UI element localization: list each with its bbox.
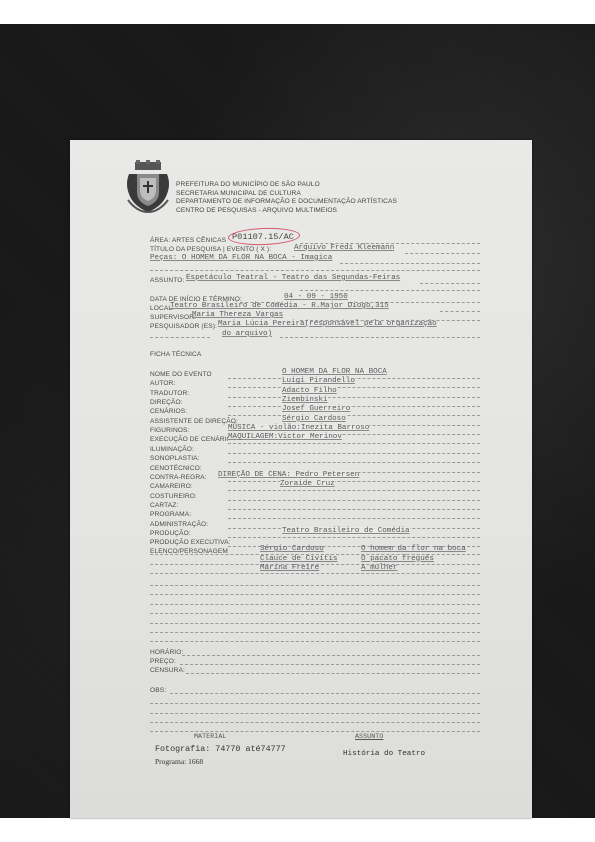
ficha-row-value: MÚSICA - violão:Inezita Barroso bbox=[228, 424, 369, 432]
ficha-row-value: Ziembinski bbox=[282, 396, 328, 404]
fill-line bbox=[150, 604, 480, 605]
fill-line bbox=[150, 337, 210, 338]
ficha-row-value: Adacto Filho bbox=[282, 387, 337, 395]
document-page bbox=[70, 140, 532, 818]
ficha-row-label: CONTRA-REGRA: bbox=[150, 474, 207, 481]
programa-number: Programa: 1668 bbox=[155, 757, 203, 766]
fill-line bbox=[228, 443, 480, 444]
fill-line bbox=[228, 509, 480, 510]
material-label: MATERIAL bbox=[194, 733, 226, 740]
pesquisador-label: PESQUISADOR (ES): bbox=[150, 323, 217, 330]
ficha-row-label: AUTOR: bbox=[150, 380, 175, 387]
ficha-row-label: FIGURINOS: bbox=[150, 427, 189, 434]
ficha-row-value: O HOMEM DA FLOR NA BOCA bbox=[282, 368, 387, 376]
fill-line bbox=[280, 337, 480, 338]
cast-actor: Marina Freire bbox=[260, 564, 319, 572]
fill-line bbox=[228, 481, 480, 482]
fill-line bbox=[340, 263, 480, 264]
horario-label: HORÁRIO: bbox=[150, 649, 183, 656]
fill-line bbox=[228, 415, 480, 416]
assunto-label: ASSUNTO: bbox=[150, 277, 184, 284]
data-value: 04 - 09 - 1950 bbox=[284, 293, 348, 301]
fill-line bbox=[228, 500, 480, 501]
cast-role: O homem da flor na boca bbox=[361, 545, 466, 553]
ficha-row-label: CAMAREIRO: bbox=[150, 483, 193, 490]
fill-line bbox=[228, 537, 480, 538]
header-line: CENTRO DE PESQUISAS - ARQUIVO MULTIMEIOS bbox=[176, 207, 397, 216]
obs-label: OBS: bbox=[150, 687, 166, 694]
cast-actor: Sérgio Cardoso bbox=[260, 545, 324, 553]
fill-line bbox=[440, 311, 480, 312]
ficha-row-value: Josef Guerreiro bbox=[282, 405, 350, 413]
ficha-row-label: ADMINISTRAÇÃO: bbox=[150, 521, 208, 528]
fill-line bbox=[186, 673, 480, 674]
local-value: Teatro Brasileiro de Comédia - R.Major D… bbox=[170, 302, 389, 310]
ficha-row-value: Zoraide Cruz bbox=[280, 480, 335, 488]
fill-line bbox=[150, 703, 480, 704]
fill-line bbox=[228, 387, 480, 388]
pesquisador-value-2: do arquivo) bbox=[222, 330, 272, 338]
ficha-row-value: Teatro Brasileiro de Comédia bbox=[282, 527, 410, 535]
ficha-row-value: Luigi Pirandello bbox=[282, 377, 355, 385]
fill-line bbox=[420, 283, 480, 284]
fill-line bbox=[228, 462, 480, 463]
censura-label: CENSURA: bbox=[150, 667, 185, 674]
fill-line bbox=[150, 585, 480, 586]
fill-line bbox=[228, 518, 480, 519]
assunto-footer-value: História do Teatro bbox=[343, 750, 425, 758]
titulo-value: Arquivo Fredi Kleemann bbox=[294, 244, 394, 252]
supervisor-label: SUPERVISOR: bbox=[150, 314, 196, 321]
ficha-row-label: CENOTÉCNICO: bbox=[150, 465, 202, 472]
header-line: PREFEITURA DO MUNICÍPIO DE SÃO PAULO bbox=[176, 181, 397, 190]
ficha-row-value: DIREÇÃO DE CENA: Pedro Petersen bbox=[218, 471, 359, 479]
ficha-row-label: ASSISTENTE DE DIREÇÃO: bbox=[150, 418, 238, 425]
cast-role: O pacato freguês bbox=[361, 555, 434, 563]
pesquisador-value: Maria Lúcia Pereira(responsável pela org… bbox=[218, 320, 437, 328]
ficha-row-label: NOME DO EVENTO bbox=[150, 371, 212, 378]
fill-line bbox=[150, 594, 480, 595]
ficha-row-label: EXECUÇÃO DE CENÁRIOS: bbox=[150, 436, 238, 443]
ficha-row-value: Sérgio Cardoso bbox=[282, 415, 346, 423]
header-line: DEPARTAMENTO DE INFORMAÇÃO E DOCUMENTAÇÃ… bbox=[176, 198, 397, 207]
fill-line bbox=[150, 641, 480, 642]
ficha-row-label: CENÁRIOS: bbox=[150, 408, 187, 415]
preco-label: PREÇO: bbox=[150, 658, 176, 665]
ficha-row-label: TRADUTOR: bbox=[150, 390, 189, 397]
fill-line bbox=[150, 613, 480, 614]
fill-line bbox=[180, 664, 480, 665]
ficha-row-label: COSTUREIRO: bbox=[150, 493, 197, 500]
ficha-row-label: PRODUÇÃO: bbox=[150, 530, 191, 537]
ficha-row-label: DIREÇÃO: bbox=[150, 399, 183, 406]
ficha-tecnica-title: FICHA TÉCNICA bbox=[150, 351, 201, 358]
cast-actor: Clauce de Civitis bbox=[260, 555, 337, 563]
ficha-row-label: PROGRAMA: bbox=[150, 511, 191, 518]
coat-of-arms-icon bbox=[125, 160, 171, 214]
cast-role: A mulher bbox=[361, 564, 397, 572]
fill-line bbox=[300, 290, 480, 291]
fill-line bbox=[170, 693, 480, 694]
ficha-row-label: SONOPLASTIA: bbox=[150, 455, 200, 462]
assunto-value: Espetáculo Teatral - Teatro das Segundas… bbox=[186, 274, 400, 282]
area-label: ÁREA: ARTES CÊNICAS bbox=[150, 237, 226, 244]
titulo-label: TÍTULO DA PESQUISA | EVENTO ( X ): bbox=[150, 246, 271, 253]
ficha-row-value: MAQUILAGEM:Victor Merinov bbox=[228, 433, 342, 441]
fotografia-range: Fotografia: 74770 até74777 bbox=[155, 744, 286, 754]
fill-line bbox=[150, 573, 480, 574]
ficha-row-label: ILUMINAÇÃO: bbox=[150, 446, 194, 453]
fill-line bbox=[228, 490, 480, 491]
assunto-footer-label: ASSUNTO bbox=[355, 733, 383, 740]
fill-line bbox=[228, 397, 480, 398]
ficha-row-label: PRODUÇÃO EXECUTIVA: bbox=[150, 539, 231, 546]
fill-line bbox=[182, 655, 480, 656]
fill-line bbox=[150, 270, 480, 271]
fill-line bbox=[228, 453, 480, 454]
ficha-row-label: CARTAZ: bbox=[150, 502, 178, 509]
titulo-value-2: Peças: O HOMEM DA FLOR NA BOCA - Imagica bbox=[150, 254, 332, 262]
fill-line bbox=[150, 722, 480, 723]
fill-line bbox=[405, 253, 480, 254]
fill-line bbox=[228, 406, 480, 407]
fill-line bbox=[150, 632, 480, 633]
fill-line bbox=[150, 713, 480, 714]
fill-line bbox=[150, 623, 480, 624]
institution-header: PREFEITURA DO MUNICÍPIO DE SÃO PAULO SEC… bbox=[176, 181, 397, 216]
fill-line bbox=[150, 731, 480, 732]
supervisor-value: Maria Thereza Vargas bbox=[192, 311, 283, 319]
